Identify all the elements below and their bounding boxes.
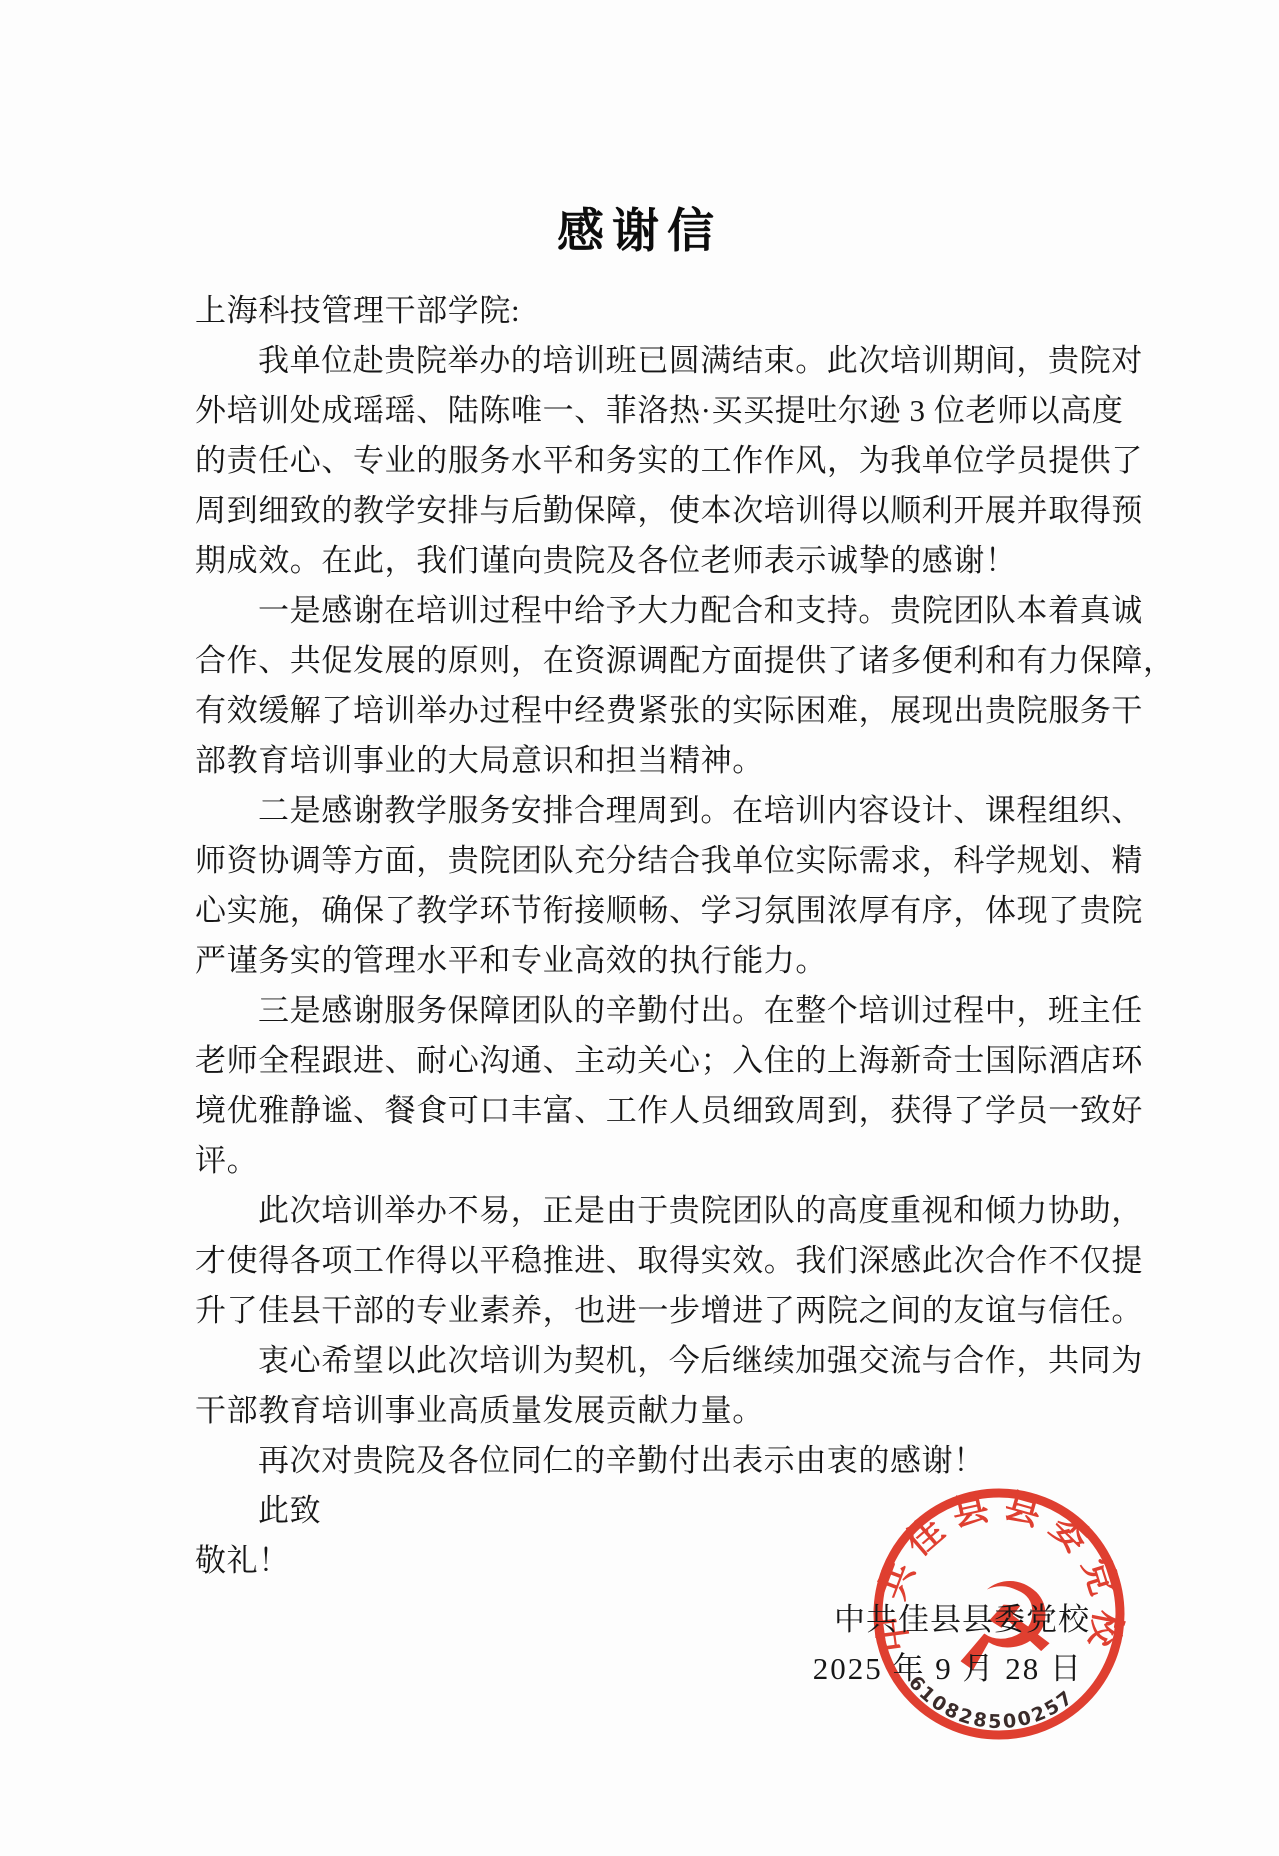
- letter-line: 老师全程跟进、耐心沟通、主动关心；入住的上海新奇士国际酒店环: [195, 1036, 1095, 1086]
- letter-line: 此次培训举办不易，正是由于贵院团队的高度重视和倾力协助，: [195, 1186, 1095, 1236]
- letter-line: 境优雅静谧、餐食可口丰富、工作人员细致周到，获得了学员一致好: [195, 1086, 1095, 1136]
- letter-line: 二是感谢教学服务安排合理周到。在培训内容设计、课程组织、: [195, 786, 1095, 836]
- letter-line: 才使得各项工作得以平稳推进、取得实效。我们深感此次合作不仅提: [195, 1236, 1095, 1286]
- letter-line: 周到细致的教学安排与后勤保障，使本次培训得以顺利开展并取得预: [195, 486, 1095, 536]
- letter-line: 外培训处成瑶瑶、陆陈唯一、菲洛热·买买提吐尔逊 3 位老师以高度: [195, 386, 1095, 436]
- letter-line: 三是感谢服务保障团队的辛勤付出。在整个培训过程中，班主任: [195, 986, 1095, 1036]
- letter-line: 一是感谢在培训过程中给予大力配合和支持。贵院团队本着真诚: [195, 586, 1095, 636]
- letter-line: 合作、共促发展的原则，在资源调配方面提供了诸多便利和有力保障，: [195, 636, 1095, 686]
- letter-line: 期成效。在此，我们谨向贵院及各位老师表示诚挚的感谢！: [195, 536, 1095, 586]
- signature-org: 中共佳县县委党校: [834, 1594, 1090, 1639]
- letter-line: 干部教育培训事业高质量发展贡献力量。: [195, 1386, 1095, 1436]
- letter-title: 感谢信: [0, 194, 1279, 261]
- letter-line: 的责任心、专业的服务水平和务实的工作作风，为我单位学员提供了: [195, 436, 1095, 486]
- letter-line: 评。: [195, 1136, 1095, 1186]
- letter-line: 部教育培训事业的大局意识和担当精神。: [195, 736, 1095, 786]
- letter-line: 上海科技管理干部学院:: [195, 286, 1095, 336]
- letter-line: 我单位赴贵院举办的培训班已圆满结束。此次培训期间，贵院对: [195, 336, 1095, 386]
- letter-line: 再次对贵院及各位同仁的辛勤付出表示由衷的感谢！: [195, 1436, 1095, 1486]
- letter-body: 上海科技管理干部学院:我单位赴贵院举办的培训班已圆满结束。此次培训期间，贵院对外…: [195, 286, 1095, 1586]
- letter-line: 有效缓解了培训举办过程中经费紧张的实际困难，展现出贵院服务干: [195, 686, 1095, 736]
- letter-line: 升了佳县干部的专业素养，也进一步增进了两院之间的友谊与信任。: [195, 1286, 1095, 1336]
- letter-line: 严谨务实的管理水平和专业高效的执行能力。: [195, 936, 1095, 986]
- letter-document: 感谢信 上海科技管理干部学院:我单位赴贵院举办的培训班已圆满结束。此次培训期间，…: [0, 0, 1279, 1856]
- signature-date: 2025 年 9 月 28 日: [813, 1643, 1083, 1688]
- letter-line: 师资协调等方面，贵院团队充分结合我单位实际需求，科学规划、精: [195, 836, 1095, 886]
- letter-line: 心实施，确保了教学环节衔接顺畅、学习氛围浓厚有序，体现了贵院: [195, 886, 1095, 936]
- letter-line: 衷心希望以此次培训为契机，今后继续加强交流与合作，共同为: [195, 1336, 1095, 1386]
